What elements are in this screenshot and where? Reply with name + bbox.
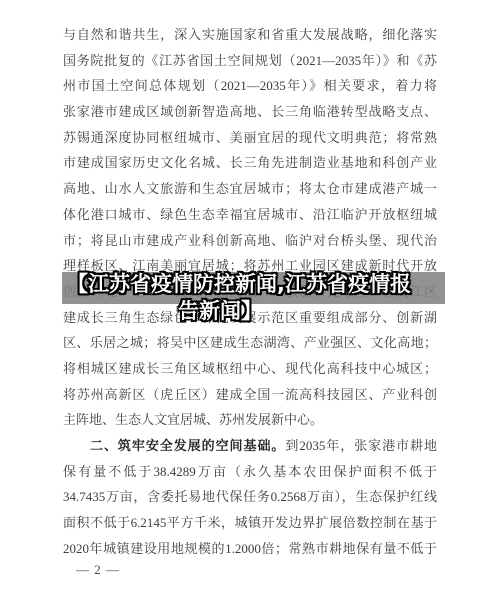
page-number: — 2 — xyxy=(76,562,120,578)
text-line: 市；将昆山市建成产业科创新高地、临沪对台桥头堡、现代治 xyxy=(63,228,437,254)
section-heading-rest: 到2035年，张家港市耕地 xyxy=(285,438,437,453)
text-line: 34.7435万亩，含委托易地代保任务0.2568万亩），生态保护红线 xyxy=(63,484,437,510)
text-line: 张家港市建成区域创新智造高地、长三角临港转型战略支点、 xyxy=(63,99,437,125)
section-heading: 二、筑牢安全发展的空间基础。 xyxy=(90,439,285,454)
text-line: 与自然和谐共生，深入实施国家和省重大发展战略，细化落实 xyxy=(63,22,437,48)
text-line: 将苏州高新区（虎丘区）建成全国一流高科技园区、产业科创 xyxy=(63,382,437,408)
text-line: 市建成国家历史文化名城、长三角先进制造业基地和科创产业 xyxy=(63,150,437,176)
watermark-caption-line1: 【江苏省疫情防控新闻,江苏省疫情报 xyxy=(67,273,411,296)
section-heading-line: 二、筑牢安全发展的空间基础。到2035年，张家港市耕地 xyxy=(63,433,437,459)
text-line: 体化港口城市、绿色生态幸福宜居城市、沿江临沪开放枢纽城 xyxy=(63,202,437,228)
text-line: 保有量不低于38.4289万亩（永久基本农田保护面积不低于 xyxy=(63,459,437,485)
text-line: 主阵地、生态人文宜居城、苏州发展新中心。 xyxy=(63,407,437,433)
document-page: 与自然和谐共生，深入实施国家和省重大发展战略，细化落实 国务院批复的《江苏省国土… xyxy=(0,0,500,604)
text-line: 州市国土空间总体规划（2021—2035年）》相关要求，着力将 xyxy=(63,73,437,99)
text-line: 高地、山水人文旅游和生态宜居城市；将太仓市建成港产城一 xyxy=(63,176,437,202)
text-line: 面积不低于6.2145平方千米，城镇开发边界扩展倍数控制在基于 xyxy=(63,510,437,536)
text-line: 国务院批复的《江苏省国土空间规划（2021—2035年）》和《苏 xyxy=(63,48,437,74)
text-line: 将相城区建成长三角区域枢纽中心、现代化高科技中心城区； xyxy=(63,356,437,382)
watermark-caption-line2: 告新闻】 xyxy=(178,300,262,323)
text-line: 苏锡通深度协同枢纽城市、美丽宜居的现代文明典范；将常熟 xyxy=(63,125,437,151)
text-line: 2020年城镇建设用地规模的1.2000倍；常熟市耕地保有量不低于 xyxy=(63,536,437,562)
text-line: 区、乐居之城；将吴中区建成生态湖湾、产业强区、文化高地； xyxy=(63,330,437,356)
